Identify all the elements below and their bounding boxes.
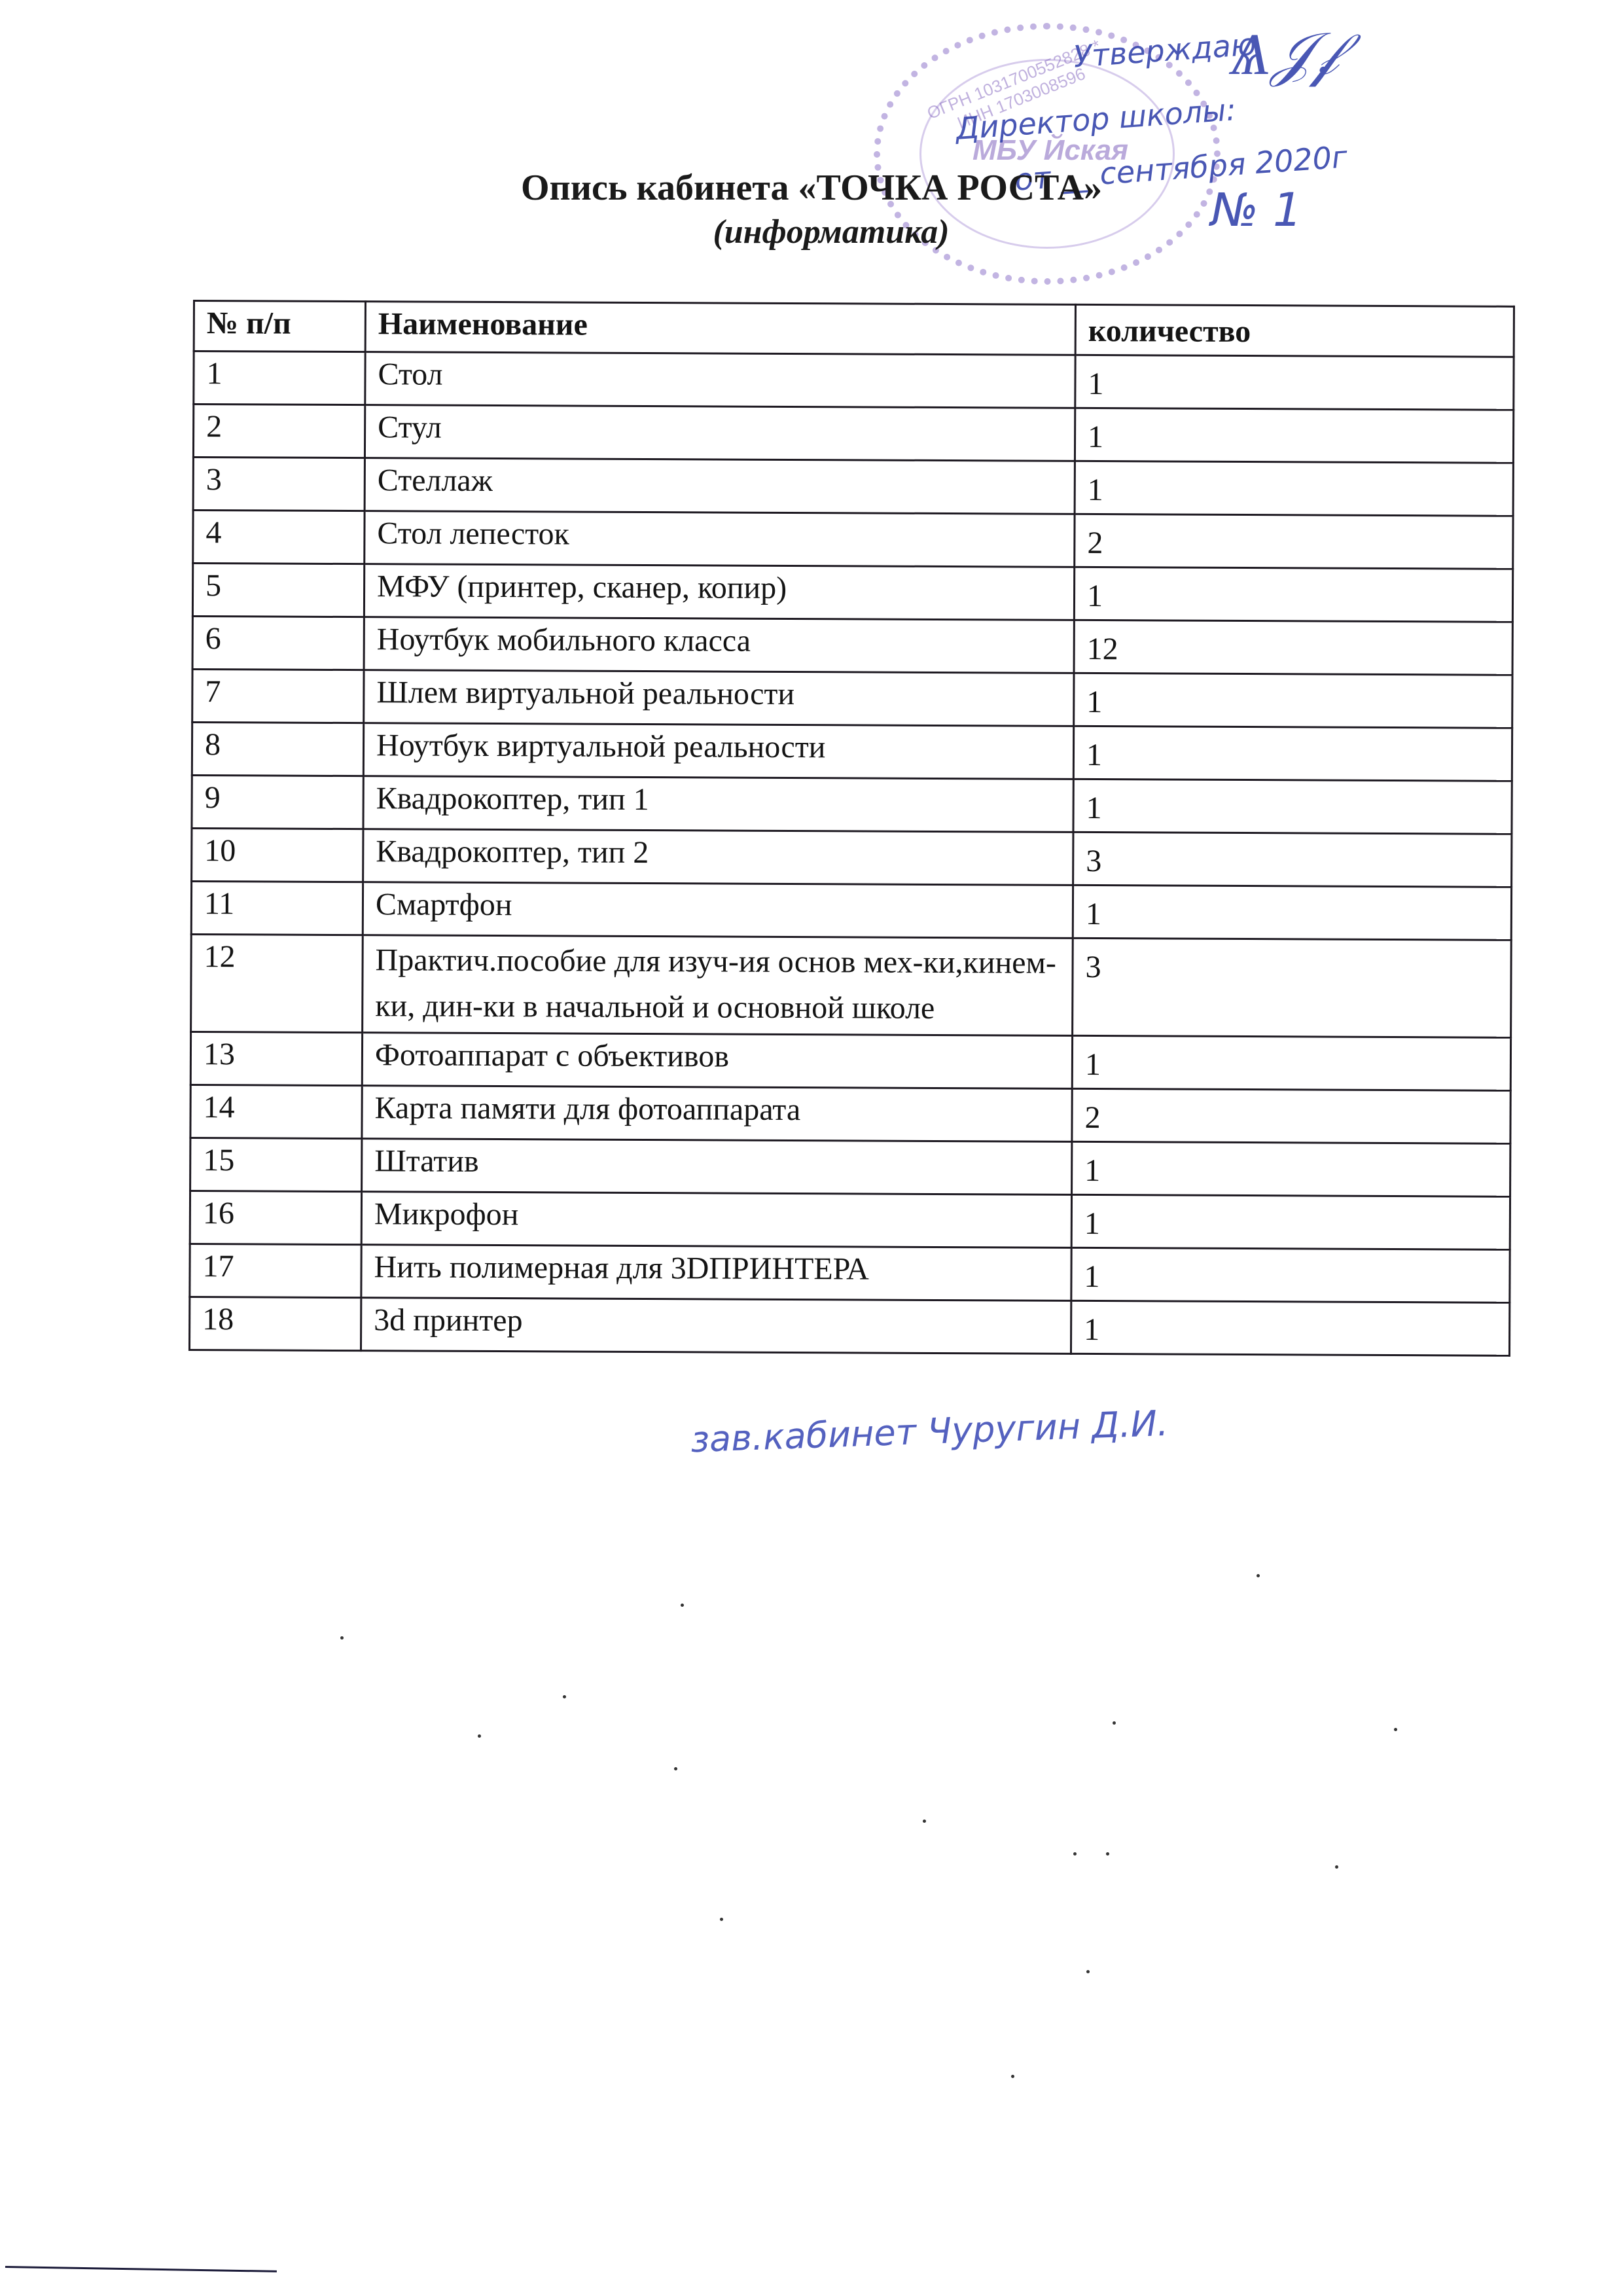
item-name: Квадрокоптер, тип 2 bbox=[363, 829, 1073, 886]
table-row: 14Карта памяти для фотоаппарата2 bbox=[190, 1085, 1510, 1143]
row-number: 15 bbox=[190, 1138, 362, 1191]
item-quantity: 3 bbox=[1073, 832, 1512, 887]
item-quantity: 1 bbox=[1075, 461, 1513, 516]
row-number: 18 bbox=[189, 1297, 361, 1350]
row-number: 17 bbox=[190, 1244, 361, 1297]
item-quantity: 1 bbox=[1072, 1035, 1510, 1090]
item-quantity: 1 bbox=[1073, 885, 1511, 940]
row-number: 4 bbox=[193, 511, 365, 564]
item-quantity: 1 bbox=[1074, 673, 1512, 728]
item-quantity: 1 bbox=[1075, 355, 1514, 410]
item-quantity: 1 bbox=[1071, 1247, 1510, 1302]
table-row: 9Квадрокоптер, тип 11 bbox=[192, 775, 1512, 834]
table-row: 12Практич.пособие для изуч-ия основ мех-… bbox=[191, 934, 1512, 1037]
item-quantity: 1 bbox=[1071, 1300, 1509, 1355]
inventory-table: № п/п Наименование количество 1Стол12Сту… bbox=[188, 300, 1515, 1357]
table-row: 17Нить полимерная для 3DПРИНТЕРА1 bbox=[190, 1244, 1510, 1302]
item-name: Стол лепесток bbox=[365, 511, 1075, 567]
row-number: 16 bbox=[190, 1191, 361, 1244]
item-name: Шлем виртуальной реальности bbox=[364, 670, 1074, 726]
table-row: 6Ноутбук мобильного класса12 bbox=[192, 617, 1512, 675]
item-quantity: 1 bbox=[1075, 408, 1513, 463]
document-title: Опись кабинета «ТОЧКА РОСТА» bbox=[0, 167, 1623, 209]
item-name: Фотоаппарат с объективов bbox=[362, 1033, 1072, 1089]
row-number: 1 bbox=[194, 351, 365, 405]
item-name: Ноутбук мобильного класса bbox=[364, 617, 1074, 673]
table-row: 7Шлем виртуальной реальности1 bbox=[192, 670, 1512, 728]
footer-signature: зав.кабинет Чуругин Д.И. bbox=[690, 1395, 1378, 1461]
item-name: Стеллаж bbox=[365, 458, 1075, 514]
item-name: Практич.пособие для изуч-ия основ мех-ки… bbox=[363, 935, 1073, 1036]
item-quantity: 1 bbox=[1073, 779, 1512, 834]
item-name: Нить полимерная для 3DПРИНТЕРА bbox=[361, 1245, 1071, 1301]
item-quantity: 1 bbox=[1073, 726, 1512, 781]
item-name: Стол bbox=[365, 352, 1075, 408]
row-number: 13 bbox=[190, 1031, 362, 1085]
item-quantity: 12 bbox=[1074, 620, 1512, 675]
item-name: МФУ (принтер, сканер, копир) bbox=[364, 564, 1074, 620]
item-name: Ноутбук виртуальной реальности bbox=[363, 723, 1073, 780]
row-number: 11 bbox=[191, 881, 363, 935]
item-name: Смартфон bbox=[363, 882, 1073, 939]
table-header-row: № п/п Наименование количество bbox=[194, 301, 1514, 357]
row-number: 8 bbox=[192, 723, 363, 776]
document-subtitle: (информатика) bbox=[0, 213, 1623, 251]
table-row: 13Фотоаппарат с объективов1 bbox=[190, 1031, 1510, 1090]
table-row: 2Стул1 bbox=[193, 404, 1513, 463]
item-name: Микрофон bbox=[361, 1192, 1071, 1248]
row-number: 2 bbox=[193, 404, 365, 458]
row-number: 5 bbox=[192, 564, 364, 617]
item-quantity: 1 bbox=[1074, 567, 1512, 622]
approval-line-1: Утверждаю bbox=[1072, 26, 1257, 74]
row-number: 6 bbox=[192, 617, 364, 670]
table-row: 1Стол1 bbox=[194, 351, 1514, 410]
table-row: 4Стол лепесток2 bbox=[193, 511, 1513, 569]
scan-edge-line bbox=[5, 2266, 277, 2272]
row-number: 14 bbox=[190, 1085, 362, 1138]
row-number: 10 bbox=[192, 828, 363, 882]
header-number: № п/п bbox=[194, 301, 365, 352]
item-name: Стул bbox=[365, 405, 1075, 461]
header-name: Наименование bbox=[365, 302, 1075, 355]
table-row: 11Смартфон1 bbox=[191, 881, 1511, 940]
row-number: 3 bbox=[193, 457, 365, 511]
item-quantity: 3 bbox=[1073, 938, 1512, 1037]
table-body: 1Стол12Стул13Стеллаж14Стол лепесток25МФУ… bbox=[189, 351, 1514, 1356]
item-name: Квадрокоптер, тип 1 bbox=[363, 776, 1073, 833]
item-quantity: 1 bbox=[1072, 1141, 1510, 1196]
item-quantity: 2 bbox=[1075, 514, 1513, 569]
table-row: 15Штатив1 bbox=[190, 1138, 1510, 1196]
table-row: 8Ноутбук виртуальной реальности1 bbox=[192, 723, 1512, 781]
row-number: 12 bbox=[191, 934, 363, 1032]
table-row: 5МФУ (принтер, сканер, копир)1 bbox=[192, 564, 1512, 622]
item-name: Штатив bbox=[362, 1139, 1072, 1195]
row-number: 9 bbox=[192, 775, 363, 829]
item-quantity: 2 bbox=[1072, 1088, 1510, 1143]
table-row: 16Микрофон1 bbox=[190, 1191, 1510, 1249]
table-row: 3Стеллаж1 bbox=[193, 457, 1513, 516]
item-name: Карта памяти для фотоаппарата bbox=[362, 1086, 1072, 1142]
header-quantity: количество bbox=[1075, 304, 1514, 357]
table-row: 10Квадрокоптер, тип 23 bbox=[192, 828, 1512, 887]
item-quantity: 1 bbox=[1071, 1194, 1510, 1249]
director-signature: Ѧ𝒥𝒻 bbox=[1230, 20, 1338, 89]
row-number: 7 bbox=[192, 670, 364, 723]
item-name: 3d принтер bbox=[361, 1298, 1071, 1354]
table-row: 183d принтер1 bbox=[189, 1297, 1509, 1355]
